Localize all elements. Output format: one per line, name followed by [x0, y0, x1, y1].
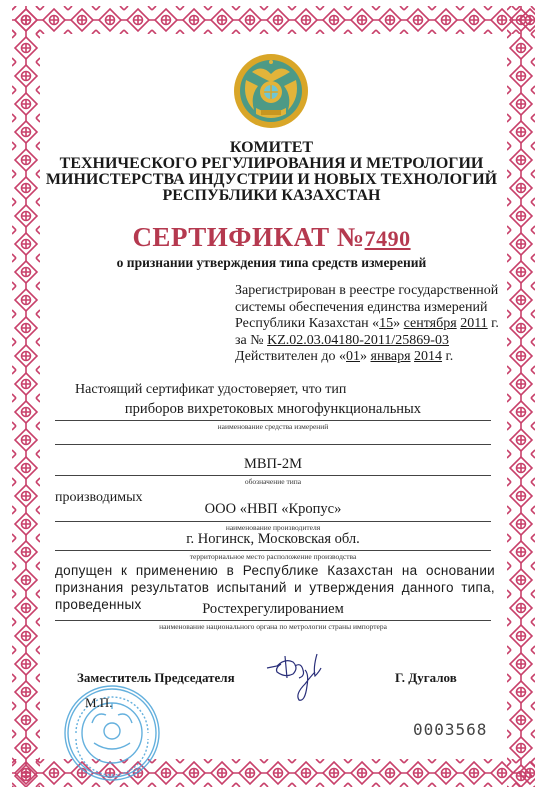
- signatory-name: Г. Дугалов: [395, 670, 457, 686]
- border-left: [12, 6, 40, 787]
- valid-until-month: января: [371, 349, 411, 364]
- registration-month: сентября: [404, 316, 457, 331]
- registry-text: »: [360, 349, 371, 364]
- registry-line-5: Действителен до «01» января 2014 г.: [235, 349, 499, 366]
- committee-line: РЕСПУБЛИКИ КАЗАХСТАН: [40, 188, 503, 204]
- kazakhstan-emblem-icon: [232, 52, 310, 130]
- fill-line: [55, 521, 491, 522]
- handwritten-signature-icon: [265, 648, 335, 706]
- location-caption: территориальное место расположение произ…: [55, 552, 491, 561]
- registry-text: Действителен до «: [235, 349, 346, 364]
- registry-text: г.: [488, 316, 499, 331]
- fill-line: [55, 444, 491, 445]
- registry-line-1: Зарегистрирован в реестре государственно…: [235, 283, 499, 300]
- instrument-name: приборов вихретоковых многофункциональны…: [55, 401, 491, 418]
- production-location: г. Ногинск, Московская обл.: [55, 531, 491, 548]
- registration-day: 15: [379, 316, 393, 331]
- state-emblem: [232, 52, 310, 130]
- fill-line: [55, 475, 491, 476]
- registry-text: Республики Казахстан «: [235, 316, 379, 331]
- registry-text: г.: [442, 349, 453, 364]
- valid-until-year: 2014: [414, 349, 442, 364]
- fill-line: [55, 420, 491, 421]
- registration-year: 2011: [460, 316, 487, 331]
- committee-line: МИНИСТЕРСТВА ИНДУСТРИИ И НОВЫХ ТЕХНОЛОГИ…: [40, 172, 503, 188]
- border-top: [12, 6, 535, 34]
- fill-line: [55, 620, 491, 621]
- type-designation: МВП-2М: [55, 456, 491, 473]
- registry-line-4: за № KZ.02.03.04180-2011/25869-03: [235, 333, 499, 350]
- manufacturer-name: ООО «НВП «Кропус»: [55, 501, 491, 518]
- registry-line-2: системы обеспечения единства измерений: [235, 300, 499, 317]
- approving-authority: Ростехрегулированием: [55, 601, 491, 618]
- signatory-title: Заместитель Председателя: [77, 670, 235, 686]
- instrument-caption: наименование средства измерений: [55, 422, 491, 431]
- registration-number: KZ.02.03.04180-2011/25869-03: [267, 333, 449, 348]
- valid-until-day: 01: [346, 349, 360, 364]
- border-right: [507, 6, 535, 787]
- type-caption: обозначение типа: [55, 477, 491, 486]
- registry-block: Зарегистрирован в реестре государственно…: [235, 283, 499, 366]
- certificate-number: 7490: [365, 226, 411, 251]
- certificate-title: СЕРТИФИКАТ №7490: [40, 222, 503, 253]
- registry-line-3: Республики Казахстан «15» сентября 2011 …: [235, 316, 499, 333]
- seal-place-label: М.П.: [85, 695, 112, 711]
- committee-line: ТЕХНИЧЕСКОГО РЕГУЛИРОВАНИЯ И МЕТРОЛОГИИ: [40, 156, 503, 172]
- registry-text: »: [393, 316, 404, 331]
- registry-text: за №: [235, 333, 267, 348]
- serial-number: 0003568: [413, 720, 487, 739]
- certificate-title-text: СЕРТИФИКАТ №: [132, 222, 364, 252]
- committee-header: КОМИТЕТ ТЕХНИЧЕСКОГО РЕГУЛИРОВАНИЯ И МЕТ…: [40, 140, 503, 204]
- certificate-intro: Настоящий сертификат удостоверяет, что т…: [75, 382, 346, 398]
- committee-line: КОМИТЕТ: [40, 140, 503, 156]
- authority-caption: наименование национального органа по мет…: [55, 622, 491, 631]
- signature: [265, 648, 335, 706]
- certificate-subtitle: о признании утверждения типа средств изм…: [40, 255, 503, 271]
- fill-line: [55, 550, 491, 551]
